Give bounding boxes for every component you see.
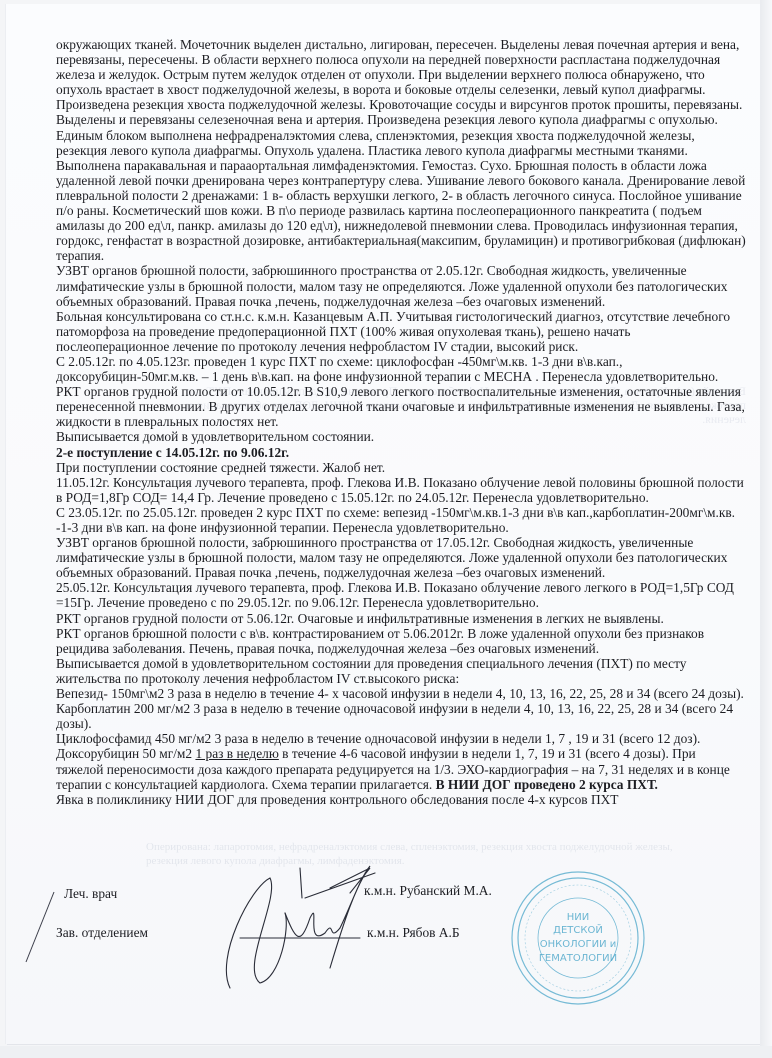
paragraph-consultation: Больная консультирована со ст.н.с. к.м.н…	[56, 309, 746, 354]
section-heading-admission-2: 2-е поступление с 14.05.12г. по 9.06.12г…	[56, 445, 746, 460]
paragraph-uzvt-1: УЗВТ органов брюшной полости, забрюшинно…	[56, 263, 746, 308]
paragraph-discharge-1: Выписывается домой в удовлетворительном …	[56, 429, 746, 444]
paragraph-pcht-course-1: С 2.05.12г. по 4.05.123г. проведен 1 кур…	[56, 354, 746, 384]
doxo-frequency-underlined: 1 раз в неделю	[195, 746, 278, 761]
paragraph-followup: Явка в поликлинику НИИ ДОГ для проведени…	[56, 792, 746, 807]
doxo-text: Доксорубицин 50 мг/м2	[56, 746, 195, 761]
page-bottom-edge	[0, 1046, 772, 1058]
paragraph-rkt-chest-1: РКТ органов грудной полости от 10.05.12г…	[56, 384, 746, 429]
paragraph-vepesid: Вепезид- 150мг\м2 3 раза в неделю в тече…	[56, 686, 746, 701]
handwritten-signature-icon	[210, 858, 380, 1008]
paragraph-cyclophosphamide: Циклофосфамид 450 мг/м2 3 раза в неделю …	[56, 731, 746, 746]
paragraph-radiotherapy-1: 11.05.12г. Консультация лучевого терапев…	[56, 475, 746, 505]
paragraph-doxorubicin: Доксорубицин 50 мг/м2 1 раз в неделю в т…	[56, 746, 746, 791]
paragraph-radiotherapy-2: 25.05.12г. Консультация лучевого терапев…	[56, 580, 746, 610]
pen-mark-icon	[20, 888, 60, 968]
stamp-line-4: ГЕМАТОЛОГИИ	[539, 953, 617, 964]
doxo-bold-summary: В НИИ ДОГ проведено 2 курса ПХТ.	[436, 777, 658, 792]
head-name: к.м.н. Рябов А.Б	[367, 925, 460, 941]
stamp-line-3: ОНКОЛОГИИ и	[540, 939, 617, 950]
paragraph-pcht-course-2: С 23.05.12г. по 25.05.12г. проведен 2 ку…	[56, 505, 746, 535]
stamp-line-1: НИИ	[567, 912, 589, 923]
stamp-line-2: ДЕТСКОЙ	[553, 923, 603, 936]
paragraph-discharge-2: Выписывается домой в удовлетворительном …	[56, 656, 746, 686]
document-body: окружающих тканей. Мочеточник выделен ди…	[56, 37, 746, 807]
paragraph-surgery: окружающих тканей. Мочеточник выделен ди…	[56, 37, 746, 263]
paragraph-rkt-chest-2: РКТ органов грудной полости от 5.06.12г.…	[56, 611, 746, 626]
page-edge-shadow	[760, 0, 772, 1058]
paragraph-uzvt-2: УЗВТ органов брюшной полости, забрюшинно…	[56, 535, 746, 580]
paragraph-carboplatin: Карбоплатин 200 мг/м2 3 раза в неделю в …	[56, 701, 746, 731]
doctor-role-label: Леч. врач	[64, 886, 117, 902]
head-role-label: Зав. отделением	[56, 925, 148, 941]
paragraph-rkt-abdomen: РКТ органов брюшной полости с в\в. контр…	[56, 626, 746, 656]
institution-stamp-icon: НИИ ДЕТСКОЙ ОНКОЛОГИИ и ГЕМАТОЛОГИИ	[508, 868, 648, 1008]
doctor-name: к.м.н. Рубанский М.А.	[364, 883, 492, 899]
paragraph-admission-state: При поступлении состояние средней тяжест…	[56, 460, 746, 475]
